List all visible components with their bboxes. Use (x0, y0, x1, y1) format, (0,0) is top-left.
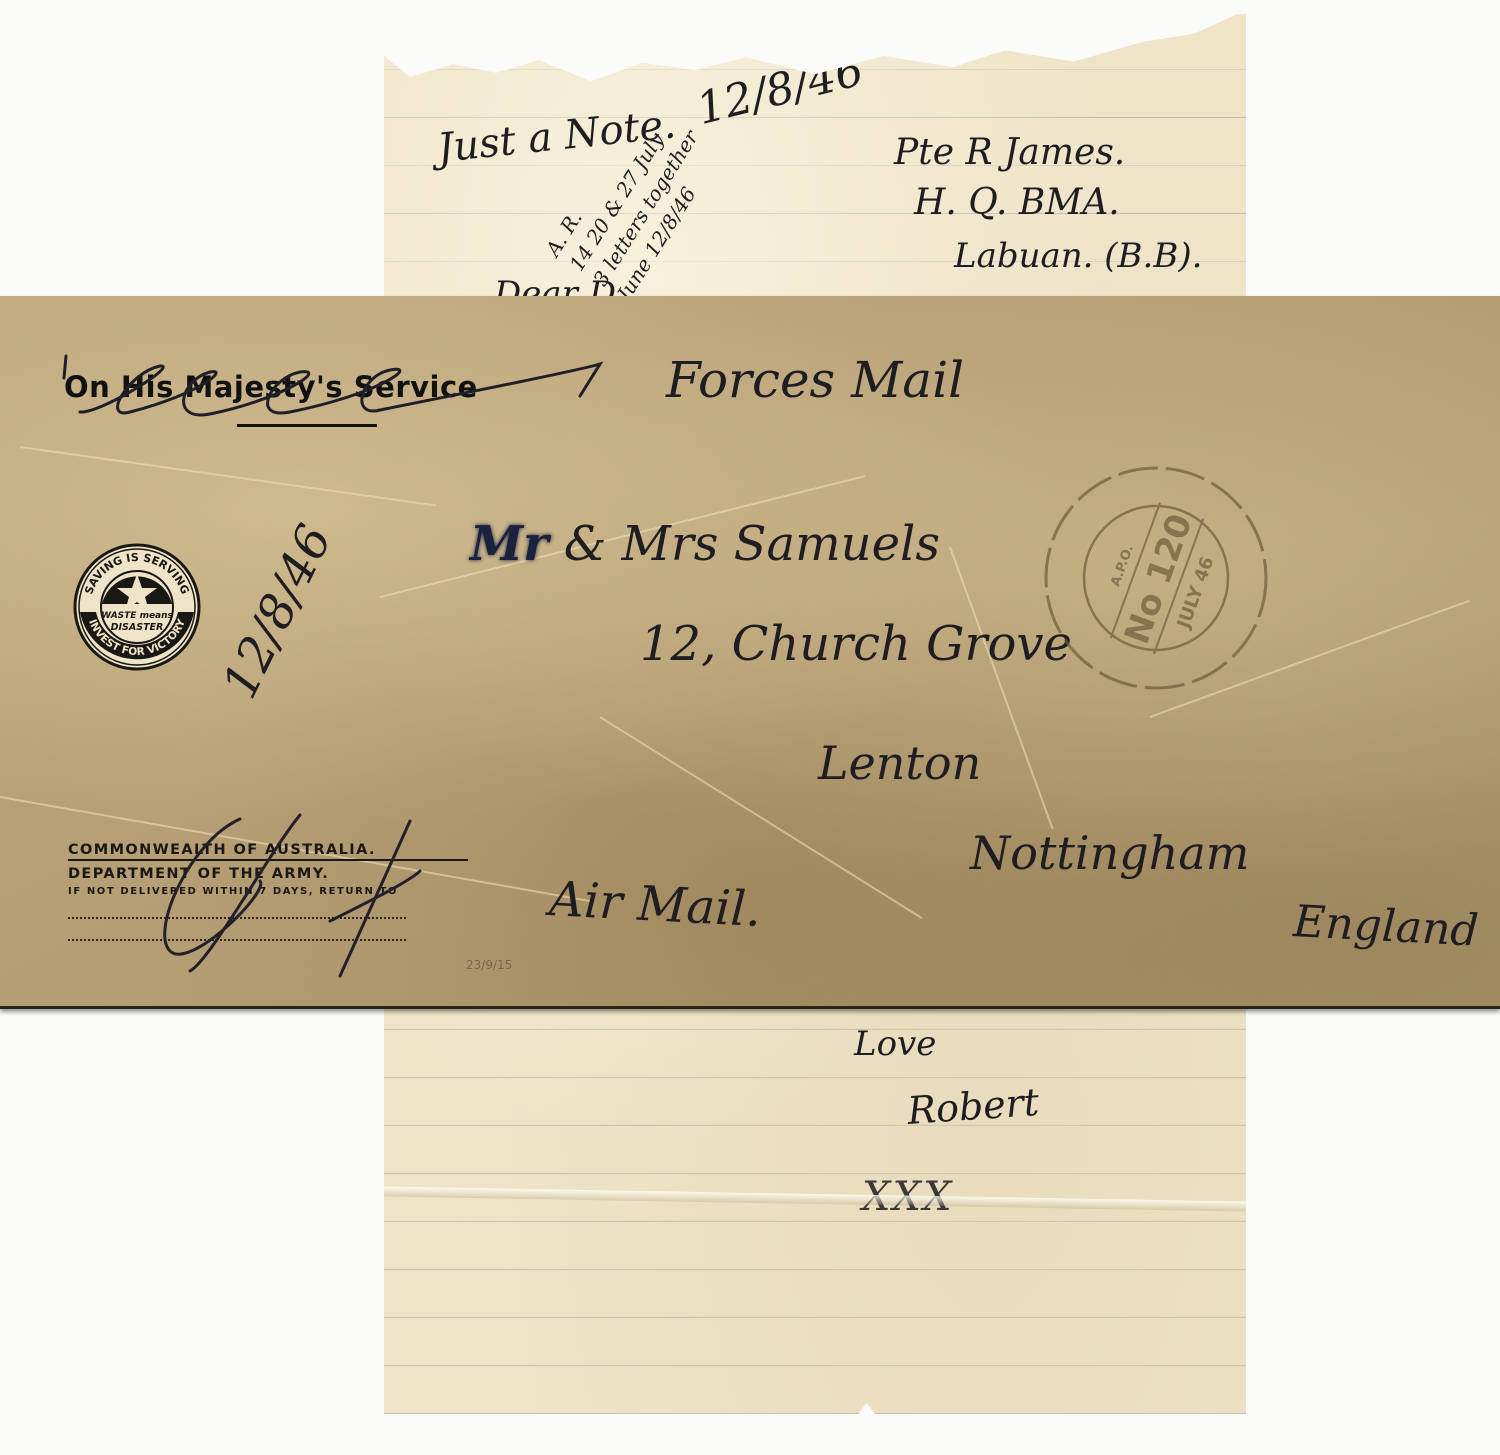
paper-crease (20, 446, 436, 506)
letter-date: 12/8/46 (692, 44, 869, 135)
address-city: Nottingham (970, 826, 1249, 880)
envelope: On His Majesty's Service Forces Mail SAV… (0, 296, 1500, 1009)
paper-fold (384, 1186, 1246, 1211)
pencil-reference: 23/9/15 (466, 958, 512, 972)
postmark-stamp: No 120 A.P.O. JULY 46 (1040, 462, 1272, 694)
forces-mail-note: Forces Mail (666, 351, 964, 409)
address-district: Lenton (818, 736, 981, 790)
cancel-scribble-icon (150, 811, 480, 981)
airmail-note: Air Mail. (548, 871, 763, 938)
letter-signature: Robert (906, 1080, 1040, 1133)
sender-unit: H. Q. BMA. (914, 182, 1120, 223)
address-recipient: Mr & Mrs Samuels (470, 516, 940, 572)
address-street: 12, Church Grove (640, 616, 1072, 672)
svg-text:DISASTER: DISASTER (111, 622, 164, 633)
saving-badge: SAVING IS SERVING INVEST FOR VICTORY WAS… (72, 542, 202, 672)
svg-text:WASTE means: WASTE means (101, 611, 173, 621)
address-country: England (1292, 896, 1480, 957)
svg-text:A.P.O.: A.P.O. (1108, 543, 1137, 589)
letter-closing: Love (854, 1024, 936, 1064)
envelope-handwritten-date: 12/8/46 (212, 516, 343, 707)
recipient-name: & Mrs Samuels (564, 516, 940, 572)
strike-through-scribble-icon (60, 354, 620, 424)
sender-name: Pte R James. (894, 132, 1125, 173)
header-underline (237, 424, 377, 427)
sender-location: Labuan. (B.B). (954, 236, 1202, 276)
recipient-prefix: Mr (470, 516, 548, 572)
